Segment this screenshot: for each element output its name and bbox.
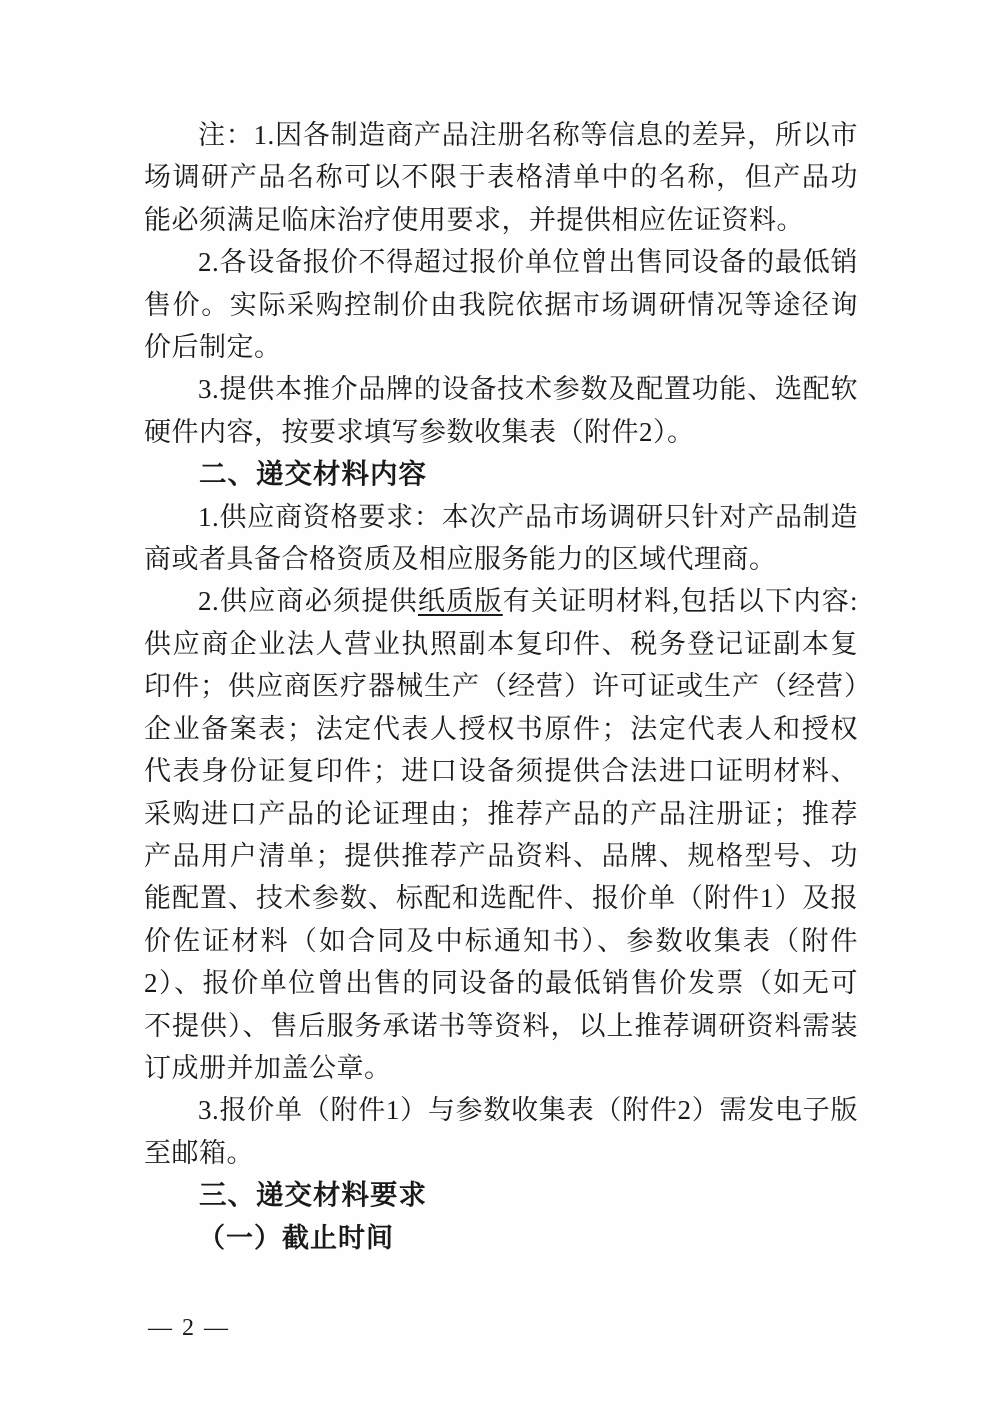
section-heading-materials-content: 二、递交材料内容 <box>144 453 858 495</box>
paragraph-supplier-qualification: 1.供应商资格要求：本次产品市场调研只针对产品制造商或者具备合格资质及相应服务能… <box>144 496 858 581</box>
paper-materials-suffix: 有关证明材料,包括以下内容:供应商企业法人营业执照副本复印件、税务登记证副本复印… <box>144 586 858 1082</box>
document-page: 注：1.因各制造商产品注册名称等信息的差异，所以市场调研产品名称可以不限于表格清… <box>0 0 1000 1424</box>
paragraph-paper-materials: 2.供应商必须提供纸质版有关证明材料,包括以下内容:供应商企业法人营业执照副本复… <box>144 580 858 1089</box>
paragraph-note-tech-parameters: 3.提供本推介品牌的设备技术参数及配置功能、选配软硬件内容，按要求填写参数收集表… <box>144 368 858 453</box>
paper-version-underlined-text: 纸质版 <box>418 586 503 616</box>
document-body: 注：1.因各制造商产品注册名称等信息的差异，所以市场调研产品名称可以不限于表格清… <box>144 114 858 1259</box>
paragraph-electronic-copy: 3.报价单（附件1）与参数收集表（附件2）需发电子版至邮箱。 <box>144 1089 858 1174</box>
paragraph-note-product-names: 注：1.因各制造商产品注册名称等信息的差异，所以市场调研产品名称可以不限于表格清… <box>144 114 858 241</box>
paper-materials-prefix: 2.供应商必须提供 <box>198 586 418 616</box>
page-footer: — 2 — <box>148 1313 230 1343</box>
page-number: — 2 — <box>148 1315 230 1341</box>
section-heading-materials-requirements: 三、递交材料要求 <box>144 1174 858 1216</box>
paragraph-note-price-limit: 2.各设备报价不得超过报价单位曾出售同设备的最低销售价。实际采购控制价由我院依据… <box>144 241 858 368</box>
subsection-heading-deadline: （一）截止时间 <box>144 1217 858 1259</box>
